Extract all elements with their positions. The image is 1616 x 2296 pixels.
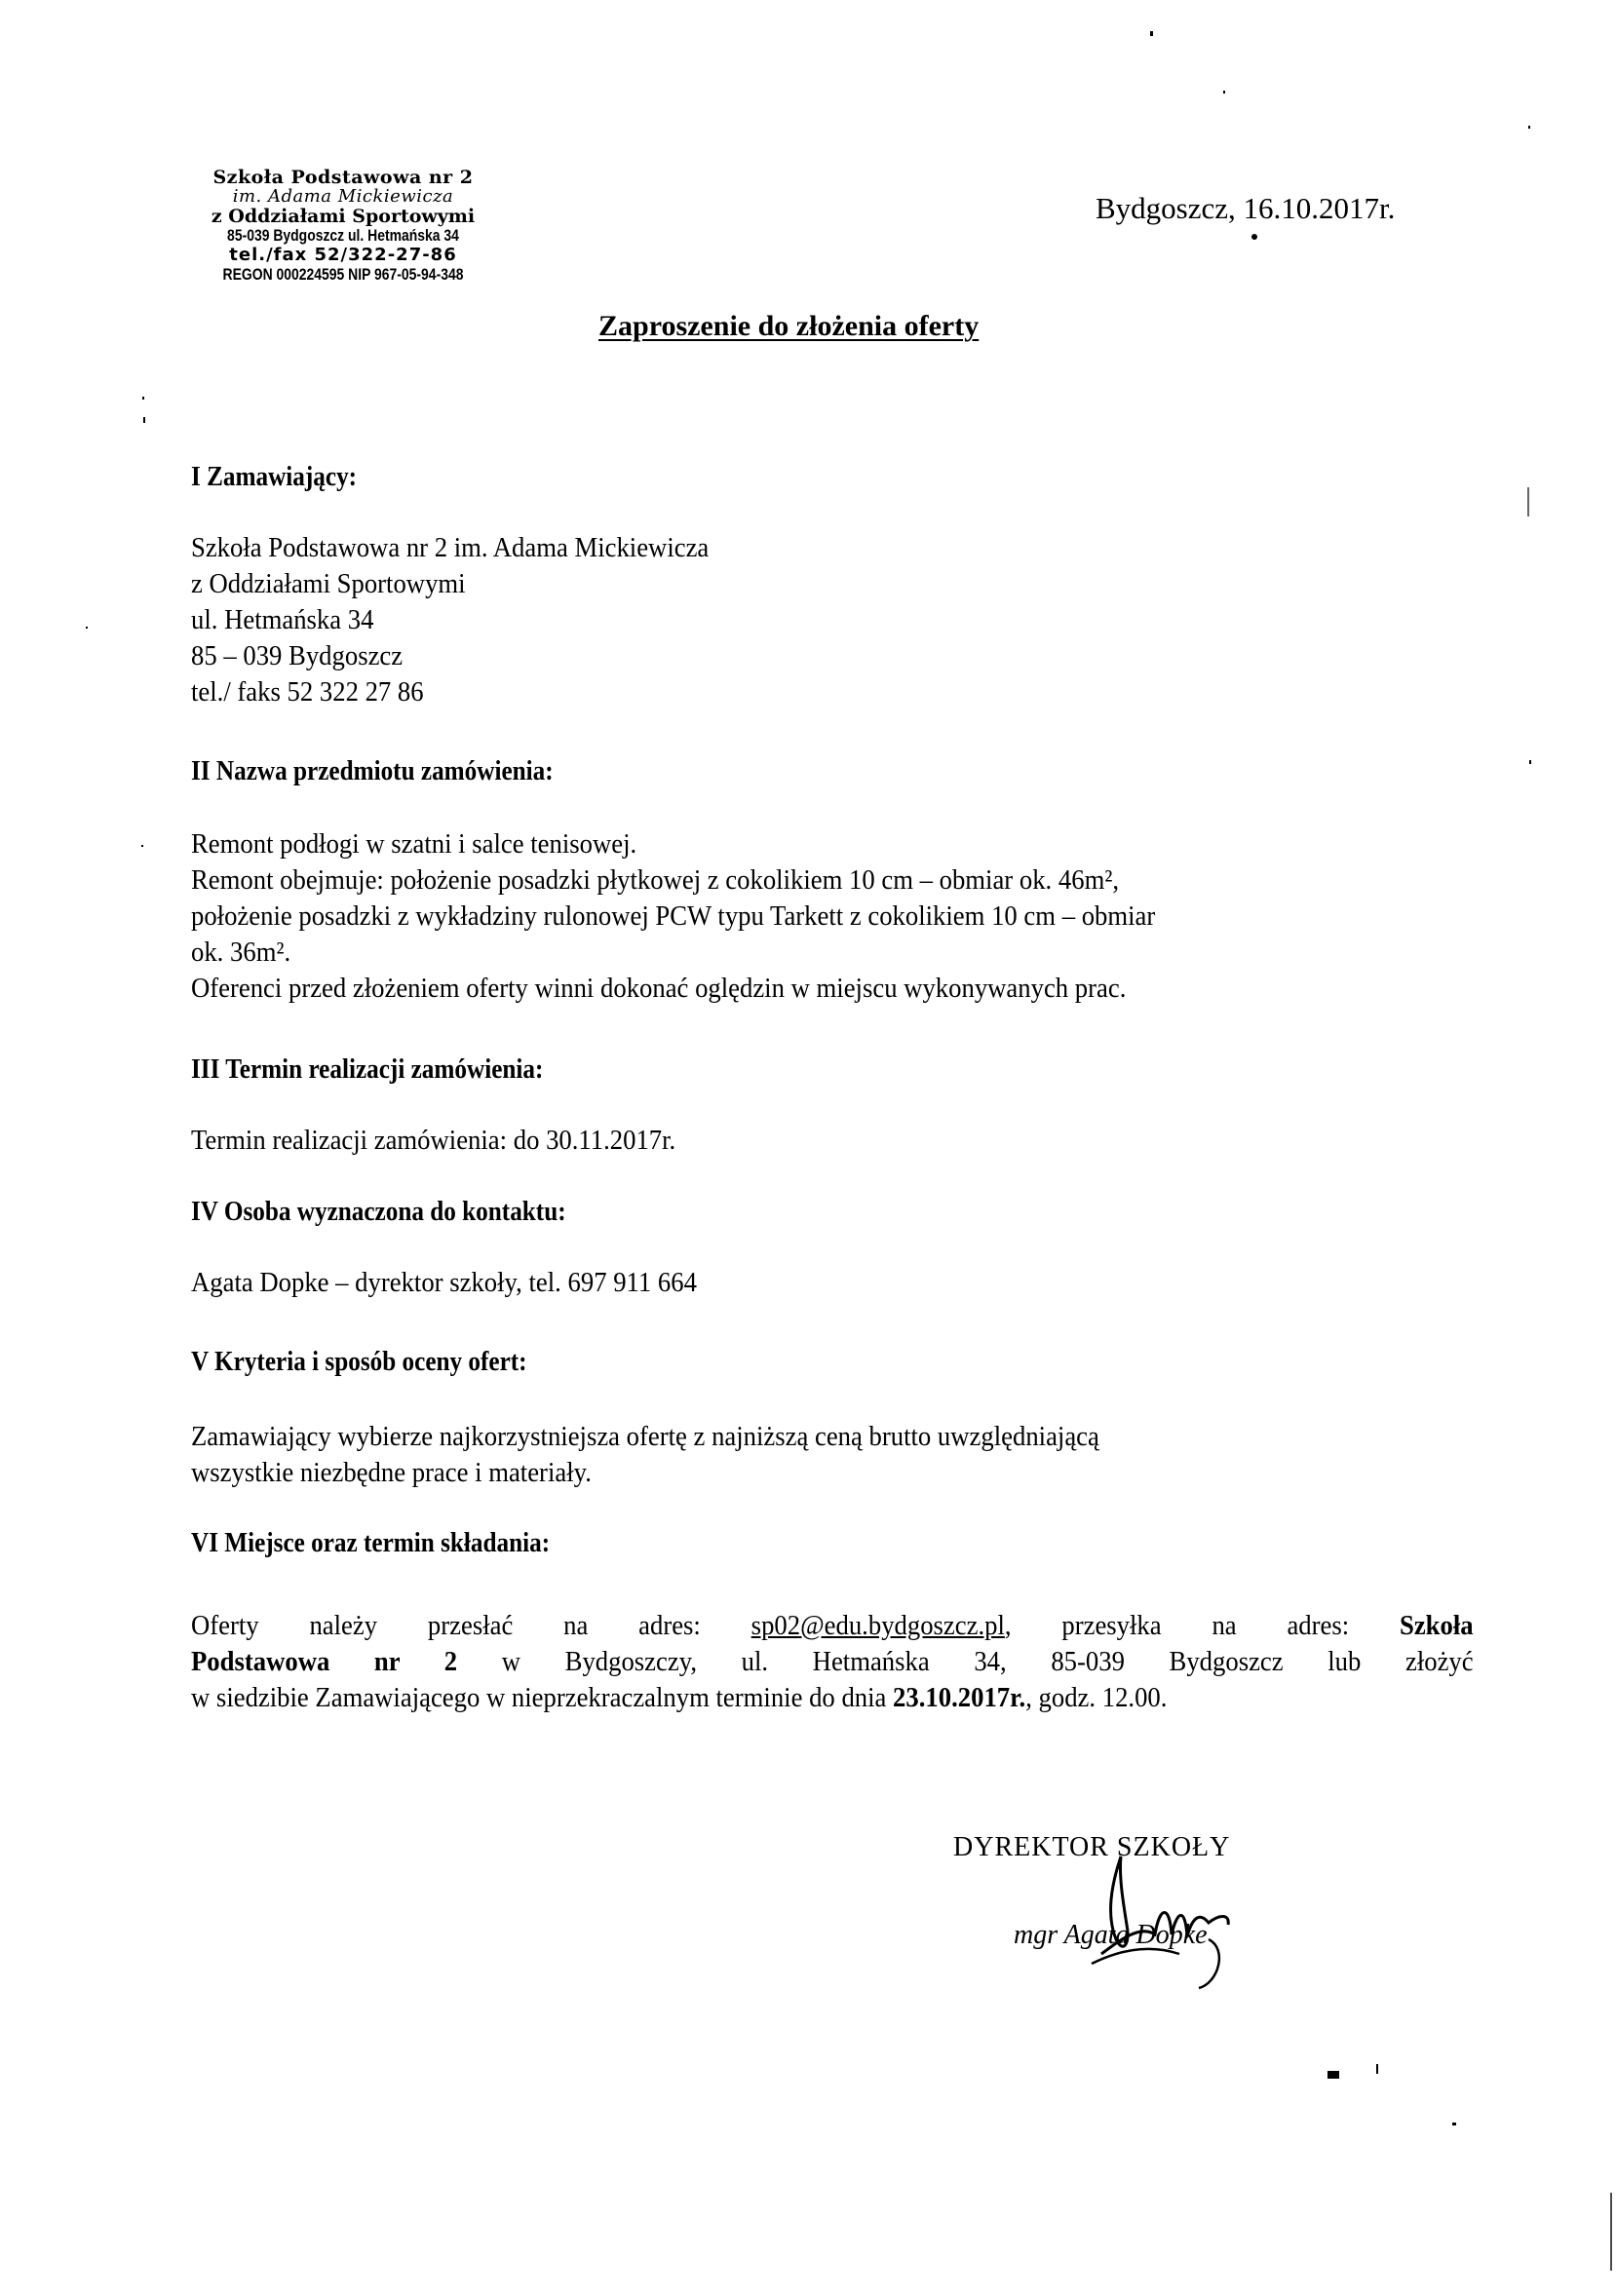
- section-heading-subject: II Nazwa przedmiotu zamówienia:: [191, 756, 554, 787]
- stamp-line-patron: im. Adama Mickiewicza: [158, 187, 528, 207]
- submission-line-1: Oferty należy przesłać na adres: sp02@ed…: [191, 1608, 1474, 1644]
- submission-line-3: w siedzibie Zamawiającego w nieprzekracz…: [191, 1680, 1474, 1716]
- deadline-text: Termin realizacji zamówienia: do 30.11.2…: [191, 1123, 675, 1159]
- scan-dot: [1251, 234, 1257, 240]
- section-heading-submission: VI Miejsce oraz termin składania:: [191, 1528, 550, 1559]
- submission-line-2: Podstawowa nr 2 w Bydgoszczy, ul. Hetmań…: [191, 1644, 1474, 1680]
- ordering-party-line: z Oddziałami Sportowymi: [191, 566, 709, 602]
- place-date: Bydgoszcz, 16.10.2017r.: [1096, 191, 1395, 226]
- ordering-party-line: Szkoła Podstawowa nr 2 im. Adama Mickiew…: [191, 530, 709, 566]
- scan-speck: [1528, 126, 1530, 129]
- subject-line: Remont podłogi w szatni i salce tenisowe…: [191, 826, 1155, 862]
- stamp-line-address: 85-039 Bydgoszcz ul. Hetmańska 34: [191, 226, 495, 246]
- submission-paragraph: Oferty należy przesłać na adres: sp02@ed…: [191, 1608, 1474, 1716]
- ordering-party-line: 85 – 039 Bydgoszcz: [191, 638, 709, 674]
- scan-speck: [143, 417, 145, 423]
- subject-line: ok. 36m².: [191, 935, 1155, 971]
- subject-block: Remont podłogi w szatni i salce tenisowe…: [191, 826, 1155, 1007]
- scan-speck: [1376, 2064, 1378, 2074]
- signatory-name: mgr Agata Dopke: [1014, 1920, 1208, 1951]
- scan-speck: [141, 845, 143, 847]
- subject-line: położenie posadzki z wykładziny rulonowe…: [191, 899, 1155, 935]
- subject-line: Remont obejmuje: położenie posadzki płyt…: [191, 862, 1155, 899]
- stamp-line-division: z Oddziałami Sportowymi: [158, 207, 528, 226]
- criteria-block: Zamawiający wybierze najkorzystniejsza o…: [191, 1419, 1099, 1491]
- subject-line: Oferenci przed złożeniem oferty winni do…: [191, 971, 1155, 1007]
- scan-speck: [1327, 2071, 1339, 2079]
- scan-speck: [1452, 2123, 1456, 2125]
- scan-speck: [1223, 91, 1225, 94]
- stamp-line-phone: tel./fax 52/322-27-86: [158, 246, 528, 265]
- scan-speck: [86, 627, 88, 629]
- criteria-line: Zamawiający wybierze najkorzystniejsza o…: [191, 1419, 1099, 1455]
- scan-speck: [1610, 2193, 1612, 2271]
- section-heading-contact: IV Osoba wyznaczona do kontaktu:: [191, 1197, 566, 1228]
- scan-speck: [1150, 31, 1153, 36]
- section-heading-deadline: III Termin realizacji zamówienia:: [191, 1054, 543, 1086]
- section-heading-criteria: V Kryteria i sposób oceny ofert:: [191, 1347, 527, 1378]
- scan-speck: [1529, 760, 1531, 764]
- scan-speck: [142, 397, 144, 400]
- school-stamp: Szkoła Podstawowa nr 2 im. Adama Mickiew…: [158, 168, 528, 285]
- ordering-party-line: ul. Hetmańska 34: [191, 602, 709, 638]
- document-title: Zaproszenie do złożenia oferty: [598, 310, 979, 343]
- contact-text: Agata Dopke – dyrektor szkoły, tel. 697 …: [191, 1265, 697, 1301]
- stamp-line-school-name: Szkoła Podstawowa nr 2: [158, 168, 528, 187]
- ordering-party-block: Szkoła Podstawowa nr 2 im. Adama Mickiew…: [191, 530, 709, 710]
- scan-speck: [1527, 487, 1529, 517]
- section-heading-ordering-party: I Zamawiający:: [191, 462, 357, 493]
- stamp-line-regon-nip: REGON 000224595 NIP 967-05-94-348: [191, 265, 495, 285]
- criteria-line: wszystkie niezbędne prace i materiały.: [191, 1455, 1099, 1491]
- ordering-party-line: tel./ faks 52 322 27 86: [191, 674, 709, 710]
- email-link[interactable]: sp02@edu.bydgoszcz.pl: [751, 1610, 1005, 1641]
